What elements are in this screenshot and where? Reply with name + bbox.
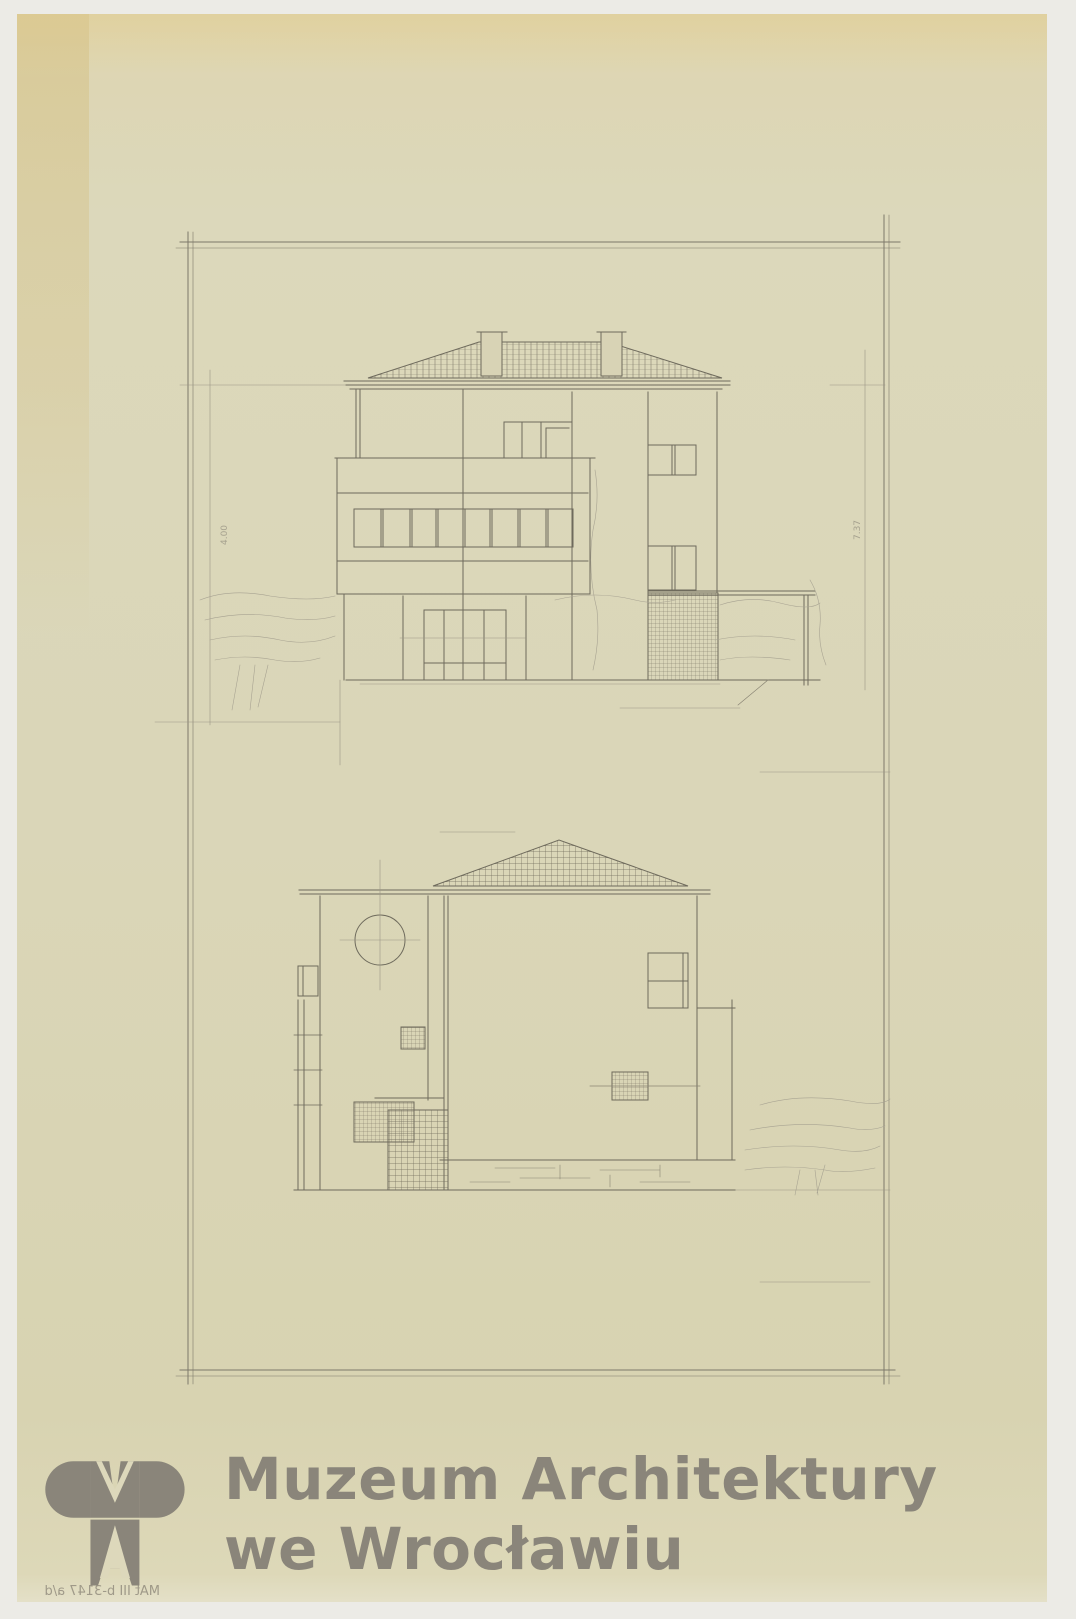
museum-watermark: Muzeum Architektury we Wrocławiu — [34, 1452, 1034, 1592]
dimension-label-left: 4.00 — [220, 525, 230, 545]
inventory-number: MAt III b-3147 a/d — [44, 1584, 160, 1599]
lower-elevation — [294, 840, 890, 1195]
museum-logo-icon — [34, 1452, 194, 1592]
museum-name-line2: we Wrocławiu — [224, 1520, 684, 1578]
sheet-frame — [176, 215, 900, 1384]
upper-elevation — [200, 332, 826, 710]
dimension-label-right: 7.37 — [853, 520, 863, 540]
museum-name-line1: Muzeum Architektury — [224, 1450, 938, 1508]
construction-lines — [155, 350, 890, 1282]
architectural-drawing — [0, 0, 1076, 1619]
